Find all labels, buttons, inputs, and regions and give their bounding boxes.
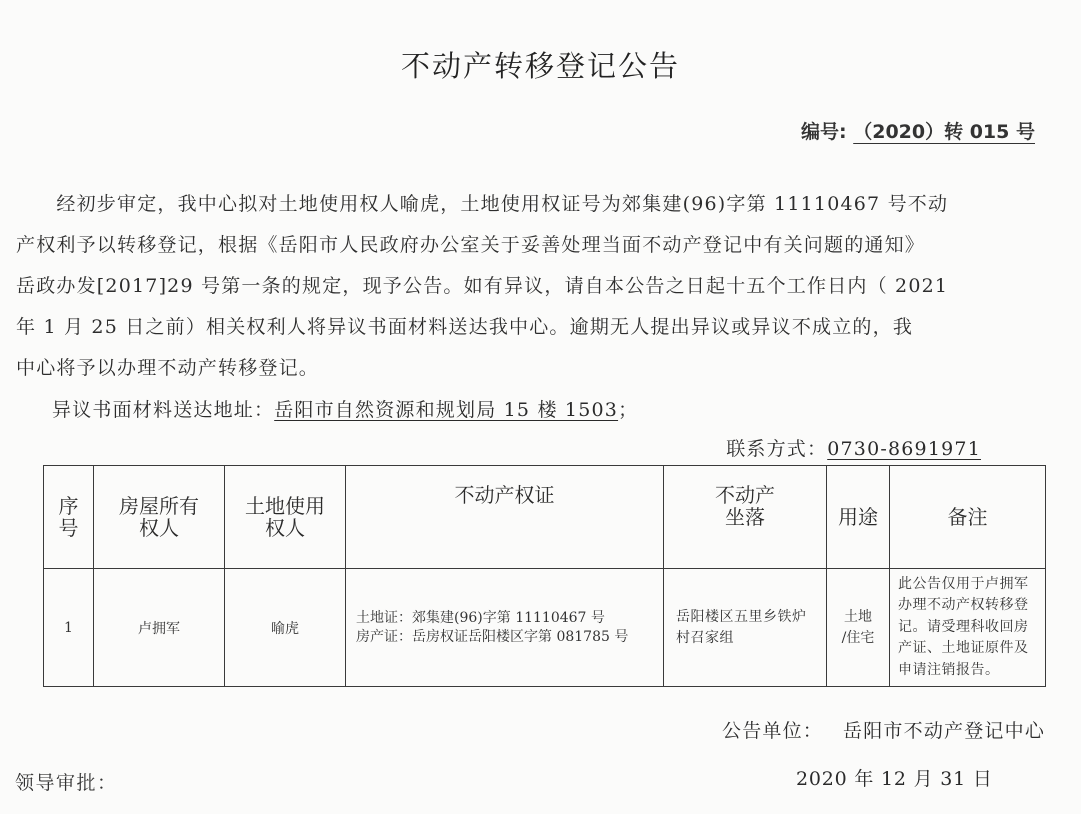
issuing-unit: 公告单位：岳阳市不动产登记中心 — [722, 716, 1045, 743]
body-line: 岳政办发[2017]29 号第一条的规定，现予公告。如有异议，请自本公告之日起十… — [16, 266, 1046, 307]
body-line: 经初步审定，我中心拟对土地使用权人喻虎，土地使用权证号为郊集建(96)字第 11… — [16, 184, 1046, 225]
issuing-unit-label: 公告单位： — [722, 720, 823, 742]
header-location: 不动产 坐落 — [664, 466, 827, 569]
cell-house-owner: 卢拥军 — [94, 569, 225, 687]
header-land-user: 土地使用 权人 — [225, 466, 346, 569]
document-number-label: 编号: — [801, 121, 847, 143]
table-row: 1 卢拥军 喻虎 土地证：郊集建(96)字第 11110467 号 房产证：岳房… — [44, 569, 1046, 687]
document-number-value: （2020）转 015 号 — [853, 121, 1035, 143]
objection-address-label: 异议书面材料送达地址： — [52, 399, 274, 421]
body-line: 中心将予以办理不动产转移登记。 — [16, 348, 1046, 389]
document-number: 编号: （2020）转 015 号 — [801, 117, 1035, 144]
objection-address: 异议书面材料送达地址：岳阳市自然资源和规划局 15 楼 1503； — [52, 395, 638, 422]
contact-phone: 0730-8691971 — [827, 438, 981, 460]
page-title: 不动产转移登记公告 — [0, 44, 1081, 85]
header-certificate: 不动产权证 — [346, 466, 664, 569]
header-usage: 用途 — [827, 466, 890, 569]
cell-certificate: 土地证：郊集建(96)字第 11110467 号 房产证：岳房权证岳阳楼区字第 … — [346, 569, 664, 687]
contact-info: 联系方式：0730-8691971 — [726, 434, 981, 461]
announcement-body: 经初步审定，我中心拟对土地使用权人喻虎，土地使用权证号为郊集建(96)字第 11… — [16, 184, 1046, 389]
body-line: 产权利予以转移登记，根据《岳阳市人民政府办公室关于妥善处理当面不动产登记中有关问… — [16, 225, 1046, 266]
objection-address-value: 岳阳市自然资源和规划局 15 楼 1503 — [274, 399, 618, 421]
cell-location: 岳阳楼区五里乡铁炉 村召家组 — [664, 569, 827, 687]
cell-land-user: 喻虎 — [225, 569, 346, 687]
header-seq: 序 号 — [44, 466, 94, 569]
issue-date: 2020 年 12 月 31 日 — [796, 764, 993, 791]
cell-usage: 土地 /住宅 — [827, 569, 890, 687]
issuing-unit-value: 岳阳市不动产登记中心 — [843, 720, 1045, 742]
land-certificate: 土地证：郊集建(96)字第 11110467 号 — [356, 609, 663, 628]
table-header-row: 序 号 房屋所有 权人 土地使用 权人 不动产权证 不动产 坐落 用途 — [44, 466, 1046, 569]
registration-table: 序 号 房屋所有 权人 土地使用 权人 不动产权证 不动产 坐落 用途 — [43, 465, 1046, 687]
leader-approval-label: 领导审批： — [15, 768, 118, 795]
cell-seq: 1 — [44, 569, 94, 687]
objection-address-suffix: ； — [618, 399, 638, 421]
header-remarks: 备注 — [890, 466, 1046, 569]
body-line: 年 1 月 25 日之前）相关权利人将异议书面材料送达我中心。逾期无人提出异议或… — [16, 307, 1046, 348]
contact-label: 联系方式： — [726, 438, 827, 460]
cell-remarks: 此公告仅用于卢拥军办理不动产权转移登记。请受理科收回房产证、土地证原件及申请注销… — [890, 569, 1046, 687]
header-house-owner: 房屋所有 权人 — [94, 466, 225, 569]
house-certificate: 房产证：岳房权证岳阳楼区字第 081785 号 — [356, 628, 663, 647]
